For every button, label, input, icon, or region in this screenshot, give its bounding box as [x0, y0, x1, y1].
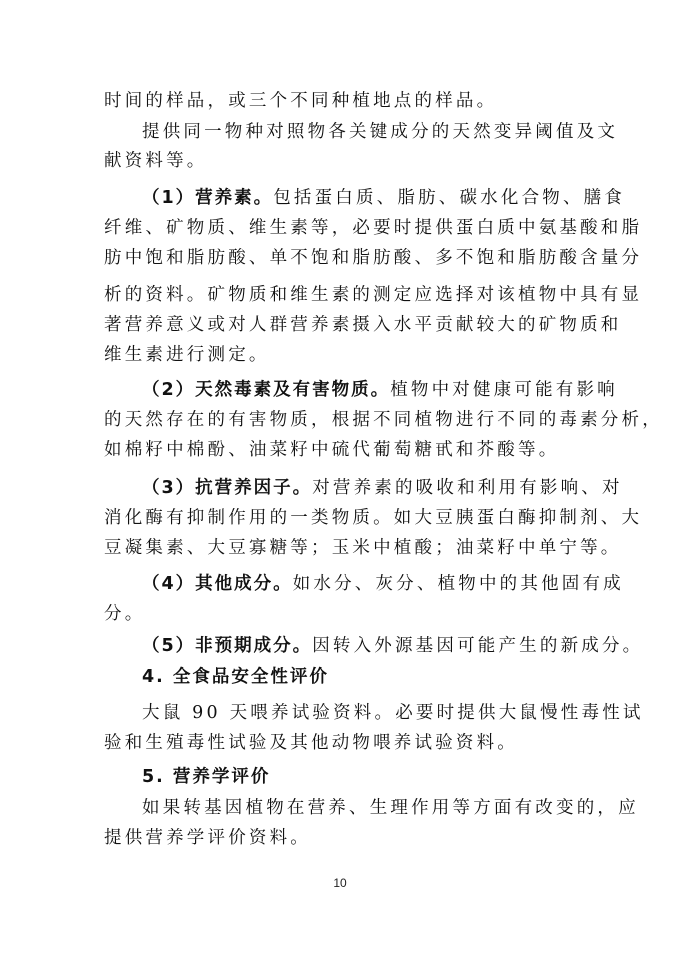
line-text: 献资料等。	[104, 151, 208, 171]
body-line: 纤维、矿物质、维生素等，必要时提供蛋白质中氨基酸和脂	[104, 216, 580, 240]
line-text: 如棉籽中棉酚、油菜籽中硫代葡萄糖甙和芥酸等。	[104, 440, 559, 460]
line-text: 提供营养学评价资料。	[104, 828, 311, 848]
body-line: 验和生殖毒性试验及其他动物喂养试验资料。	[104, 731, 580, 755]
line-text: 豆凝集素、大豆寡糖等；玉米中植酸；油菜籽中单宁等。	[104, 538, 622, 558]
line-text: 消化酶有抑制作用的一类物质。如大豆胰蛋白酶抑制剂、大	[104, 508, 642, 528]
line-text: 对营养素的吸收和利用有影响、对	[312, 478, 623, 498]
line-text: 纤维、矿物质、维生素等，必要时提供蛋白质中氨基酸和脂	[104, 218, 642, 238]
line-text: 的天然存在的有害物质，根据不同植物进行不同的毒素分析，	[104, 410, 663, 430]
line-text: 大鼠 90 天喂养试验资料。必要时提供大鼠慢性毒性试	[142, 703, 644, 723]
body-line: 分。	[104, 602, 580, 626]
body-line: 的天然存在的有害物质，根据不同植物进行不同的毒素分析，	[104, 408, 580, 432]
heading-text: 5. 营养学评价	[142, 767, 270, 787]
item-title: （2）天然毒素及有害物质。	[142, 380, 390, 400]
body-line: 豆凝集素、大豆寡糖等；玉米中植酸；油菜籽中单宁等。	[104, 536, 580, 560]
line-text: 如水分、灰分、植物中的其他固有成	[293, 574, 624, 594]
section-heading-5: 5. 营养学评价	[142, 765, 580, 789]
paragraph-line: 如果转基因植物在营养、生理作用等方面有改变的，应	[142, 796, 580, 820]
paragraph-line: 提供同一物种对照物各关键成分的天然变异阈值及文	[142, 120, 580, 144]
body-line: 维生素进行测定。	[104, 343, 580, 367]
line-text: 分。	[104, 604, 145, 624]
item-title: （3）抗营养因子。	[142, 478, 312, 498]
paragraph-line: 大鼠 90 天喂养试验资料。必要时提供大鼠慢性毒性试	[142, 701, 580, 725]
line-text: 时间的样品，或三个不同种植地点的样品。	[104, 91, 497, 111]
body-line: 肪中饱和脂肪酸、单不饱和脂肪酸、多不饱和脂肪酸含量分	[104, 246, 580, 270]
antinutrients-item: （3）抗营养因子。对营养素的吸收和利用有影响、对	[142, 476, 580, 500]
line-text: 析的资料。矿物质和维生素的测定应选择对该植物中具有显	[104, 285, 642, 305]
line-text: 提供同一物种对照物各关键成分的天然变异阈值及文	[142, 122, 618, 142]
item-title: （5）非预期成分。	[142, 636, 312, 656]
line-text: 如果转基因植物在营养、生理作用等方面有改变的，应	[142, 798, 639, 818]
item-title: （1）营养素。	[142, 188, 273, 208]
body-line: 时间的样品，或三个不同种植地点的样品。	[104, 89, 580, 113]
other-components-item: （4）其他成分。如水分、灰分、植物中的其他固有成	[142, 572, 580, 596]
body-line: 提供营养学评价资料。	[104, 826, 580, 850]
item-title: （4）其他成分。	[142, 574, 293, 594]
line-text: 维生素进行测定。	[104, 345, 270, 365]
document-page: 时间的样品，或三个不同种植地点的样品。 提供同一物种对照物各关键成分的天然变异阈…	[0, 0, 680, 961]
body-line: 献资料等。	[104, 149, 580, 173]
line-text: 肪中饱和脂肪酸、单不饱和脂肪酸、多不饱和脂肪酸含量分	[104, 248, 642, 268]
section-heading-4: 4. 全食品安全性评价	[142, 665, 580, 689]
body-line: 如棉籽中棉酚、油菜籽中硫代葡萄糖甙和芥酸等。	[104, 438, 580, 462]
line-text: 著营养意义或对人群营养素摄入水平贡献较大的矿物质和	[104, 315, 622, 335]
line-text: 因转入外源基因可能产生的新成分。	[312, 636, 643, 656]
body-line: 析的资料。矿物质和维生素的测定应选择对该植物中具有显	[104, 283, 580, 307]
unexpected-components-item: （5）非预期成分。因转入外源基因可能产生的新成分。	[142, 634, 580, 658]
line-text: 包括蛋白质、脂肪、碳水化合物、膳食	[273, 188, 625, 208]
heading-text: 4. 全食品安全性评价	[142, 667, 329, 687]
page-number: 10	[0, 876, 680, 890]
nutrients-item: （1）营养素。包括蛋白质、脂肪、碳水化合物、膳食	[142, 186, 580, 210]
line-text: 植物中对健康可能有影响	[390, 380, 618, 400]
body-line: 著营养意义或对人群营养素摄入水平贡献较大的矿物质和	[104, 313, 580, 337]
toxins-item: （2）天然毒素及有害物质。植物中对健康可能有影响	[142, 378, 580, 402]
line-text: 验和生殖毒性试验及其他动物喂养试验资料。	[104, 733, 518, 753]
body-line: 消化酶有抑制作用的一类物质。如大豆胰蛋白酶抑制剂、大	[104, 506, 580, 530]
